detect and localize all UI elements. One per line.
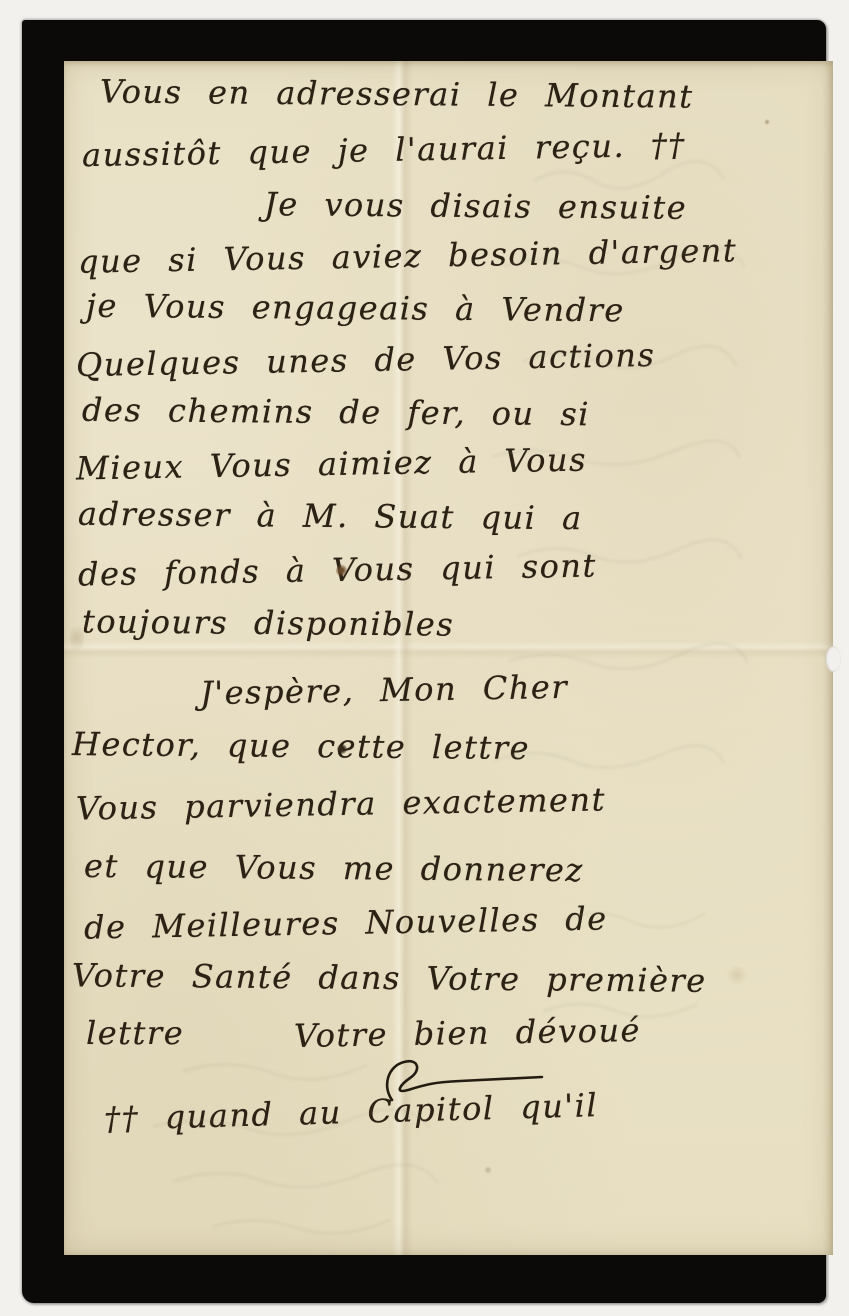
letter-line: des chemins de fer, ou si: [82, 391, 590, 433]
letter-page: Vous en adresserai le Montant aussitôt q…: [64, 61, 833, 1255]
paper-edge-notch: [825, 646, 841, 672]
letter-footnote-line: †† quand au Capitol qu'il: [104, 1086, 599, 1138]
letter-line: Vous en adresserai le Montant: [100, 72, 694, 115]
letter-line: lettre: [86, 1014, 184, 1052]
letter-line: de Meilleures Nouvelles de: [84, 899, 608, 946]
letter-line: toujours disponibles: [82, 602, 455, 643]
letter-line: que si Vous aviez besoin d'argent: [78, 231, 738, 280]
stain-spot: [484, 1166, 492, 1174]
letter-closing: Votre bien dévoué: [294, 1011, 642, 1055]
letter-line: des fonds à Vous qui sont: [78, 546, 597, 593]
letter-line: Quelques unes de Vos actions: [76, 336, 656, 384]
letter-scan: Vous en adresserai le Montant aussitôt q…: [0, 0, 849, 1316]
letter-line: et que Vous me donnerez: [84, 847, 584, 889]
letter-line: J'espère, Mon Cher: [200, 668, 569, 712]
letter-line: Hector, que cette lettre: [72, 725, 530, 767]
letter-line: Votre Santé dans Votre première: [72, 956, 707, 1000]
stain-spot: [764, 119, 770, 125]
letter-line: adresser à M. Suat qui a: [78, 495, 583, 537]
letter-line: Mieux Vous aimiez à Vous: [76, 441, 588, 488]
letter-line: Je vous disais ensuite: [264, 185, 687, 227]
letter-line: aussitôt que je l'aurai reçu. ††: [82, 126, 686, 175]
letter-line: je Vous engageais à Vendre: [86, 287, 625, 330]
letter-line: Vous parviendra exactement: [76, 780, 607, 827]
stain-spot: [724, 966, 750, 984]
